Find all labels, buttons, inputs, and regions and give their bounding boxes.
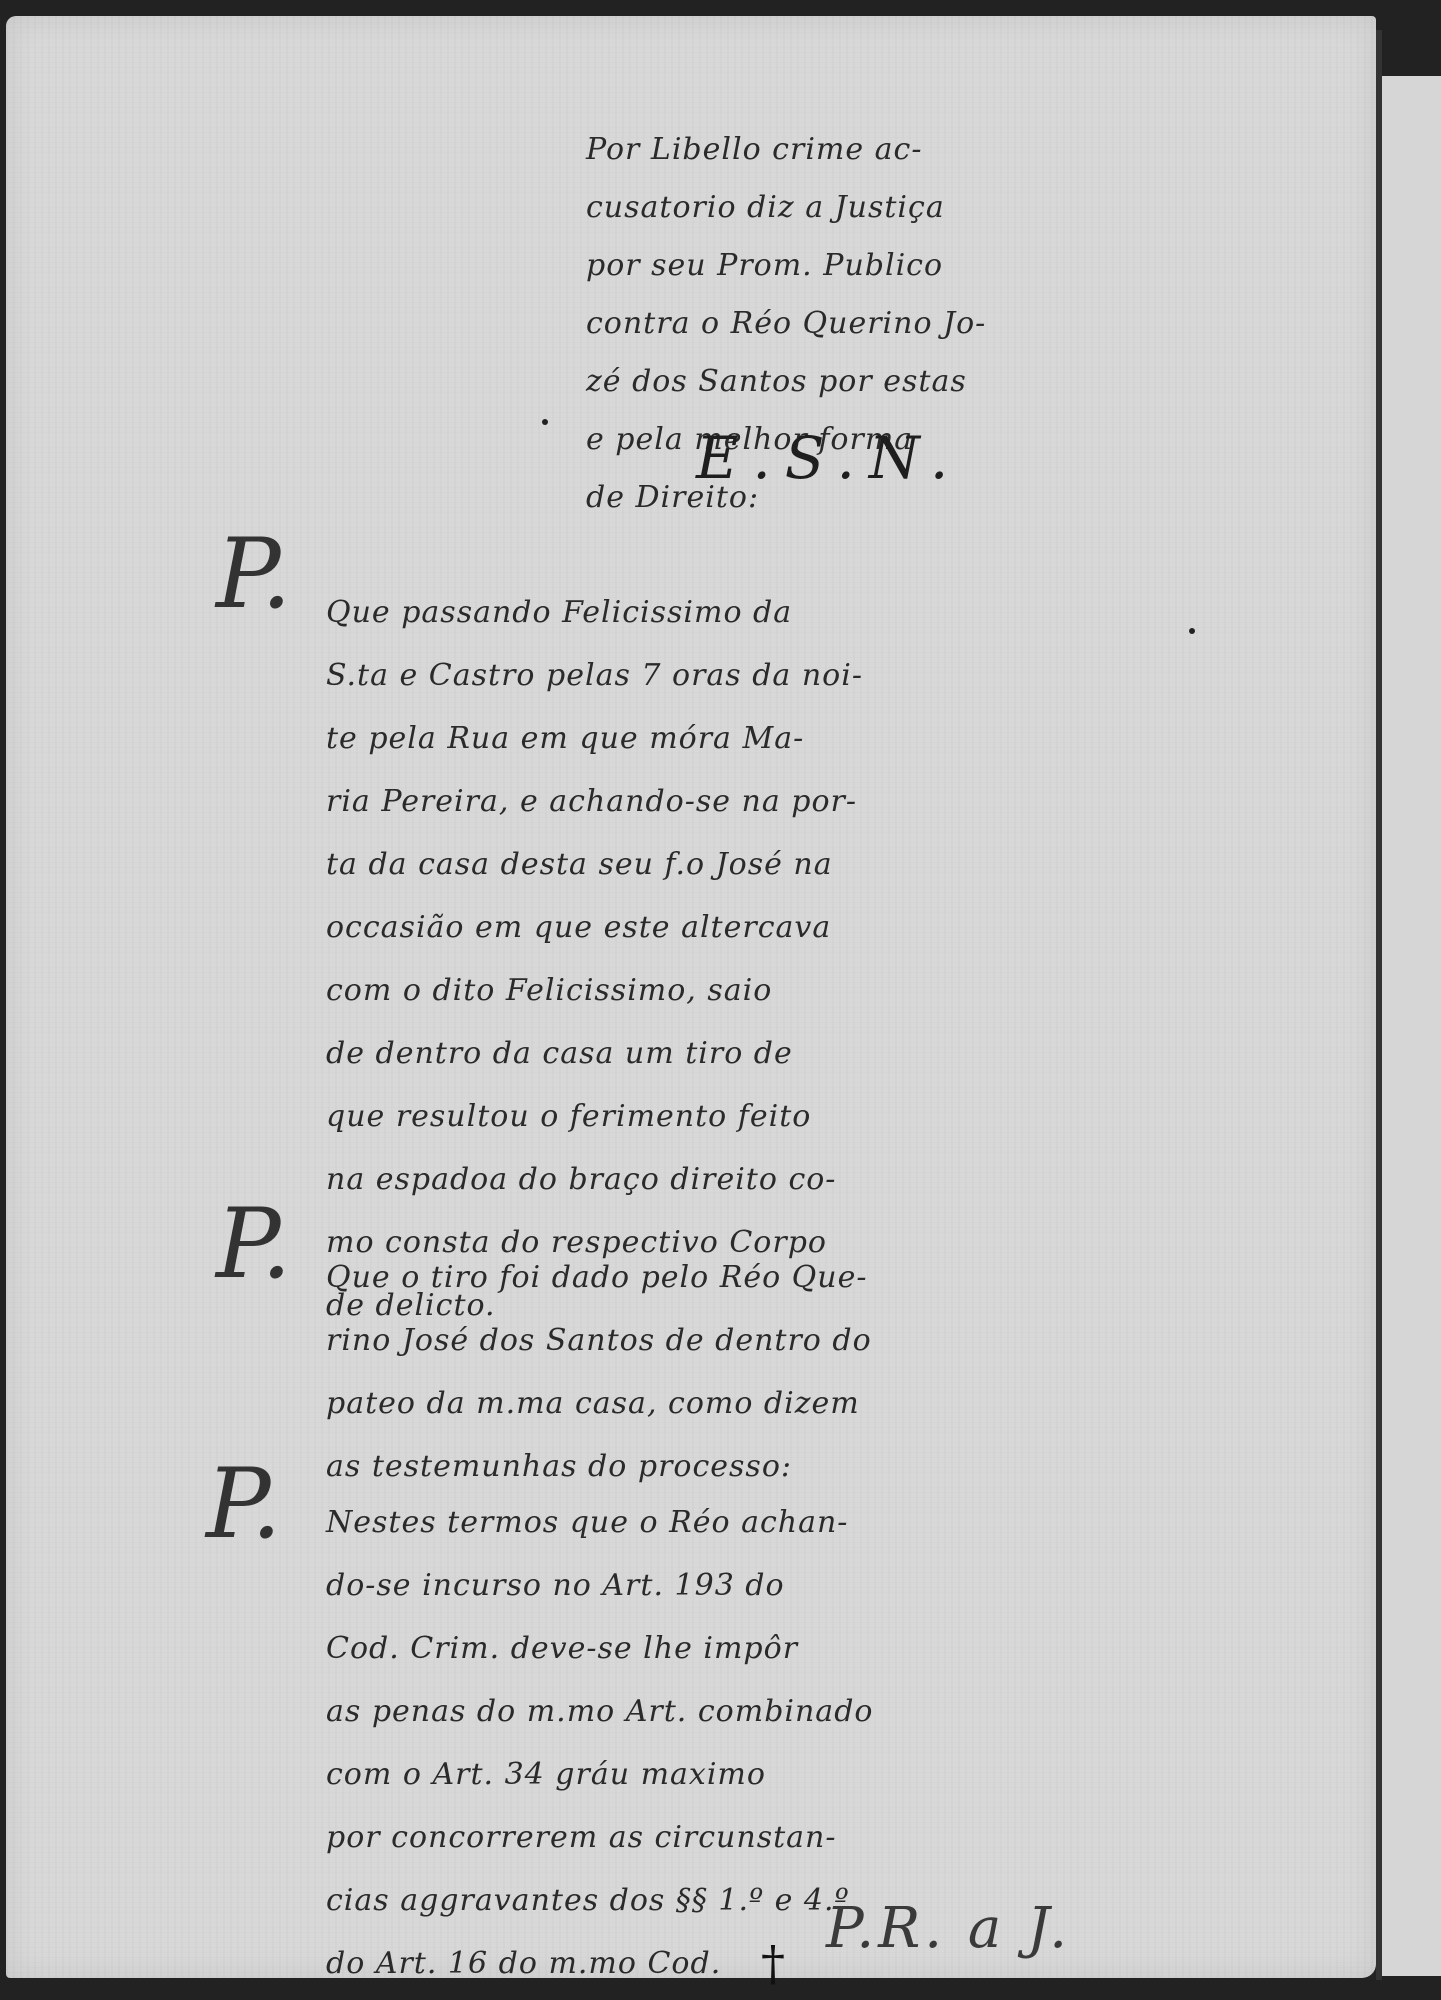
heading-line: Por Libello crime ac-	[586, 121, 986, 179]
paragraph-mark: P.	[216, 1196, 292, 1292]
text-line: occasião em que este altercava	[326, 896, 863, 959]
ink-dot	[1189, 628, 1195, 634]
adjacent-page-edge	[1382, 76, 1441, 1976]
text-line: te pela Rua em que móra Ma-	[326, 707, 863, 770]
text-line: S.ta e Castro pelas 7 oras da noi-	[326, 644, 863, 707]
text-line: com o Art. 34 gráu maximo	[326, 1743, 873, 1806]
text-line: de dentro da casa um tiro de	[326, 1022, 863, 1085]
text-line: pateo da m.ma casa, como dizem	[326, 1372, 872, 1435]
ink-blot-mark: †	[761, 1936, 785, 1992]
text-line: Nestes termos que o Réo achan-	[326, 1491, 873, 1554]
text-line: Que passando Felicissimo da	[326, 581, 863, 644]
heading-signature: E.S.N.	[696, 424, 962, 492]
heading-line: por seu Prom. Publico	[586, 237, 986, 295]
text-line: as testemunhas do processo:	[326, 1435, 872, 1498]
text-line: na espadoa do braço direito co-	[326, 1148, 863, 1211]
text-line: com o dito Felicissimo, saio	[326, 959, 863, 1022]
paragraph-mark: P.	[206, 1456, 282, 1552]
text-line: ta da casa desta seu f.o José na	[326, 833, 863, 896]
heading-line: cusatorio diz a Justiça	[586, 179, 986, 237]
heading-line: zé dos Santos por estas	[586, 353, 986, 411]
text-line: cias aggravantes dos §§ 1.º e 4.º	[326, 1869, 873, 1932]
text-line: que resultou o ferimento feito	[326, 1085, 863, 1148]
text-line: do-se incurso no Art. 193 do	[326, 1554, 873, 1617]
text-line: Cod. Crim. deve-se lhe impôr	[326, 1617, 873, 1680]
manuscript-page: Por Libello crime ac- cusatorio diz a Ju…	[6, 16, 1376, 1978]
closing-abbreviation: P.R. a J.	[826, 1896, 1071, 1961]
text-line: ria Pereira, e achando-se na por-	[326, 770, 863, 833]
text-line: do Art. 16 do m.mo Cod.	[326, 1932, 873, 1995]
text-line: por concorrerem as circunstan-	[326, 1806, 873, 1869]
heading-line: contra o Réo Querino Jo-	[586, 295, 986, 353]
paragraph-1: Que passando Felicissimo da S.ta e Castr…	[326, 581, 863, 1337]
paragraph-2: Que o tiro foi dado pelo Réo Que- rino J…	[326, 1246, 872, 1498]
paragraph-3: Nestes termos que o Réo achan- do-se inc…	[326, 1491, 873, 1995]
scanned-page: Por Libello crime ac- cusatorio diz a Ju…	[0, 0, 1441, 2000]
text-line: Que o tiro foi dado pelo Réo Que-	[326, 1246, 872, 1309]
text-line: as penas do m.mo Art. combinado	[326, 1680, 873, 1743]
text-line: rino José dos Santos de dentro do	[326, 1309, 872, 1372]
ink-dot	[542, 419, 548, 425]
paragraph-mark: P.	[216, 526, 292, 622]
